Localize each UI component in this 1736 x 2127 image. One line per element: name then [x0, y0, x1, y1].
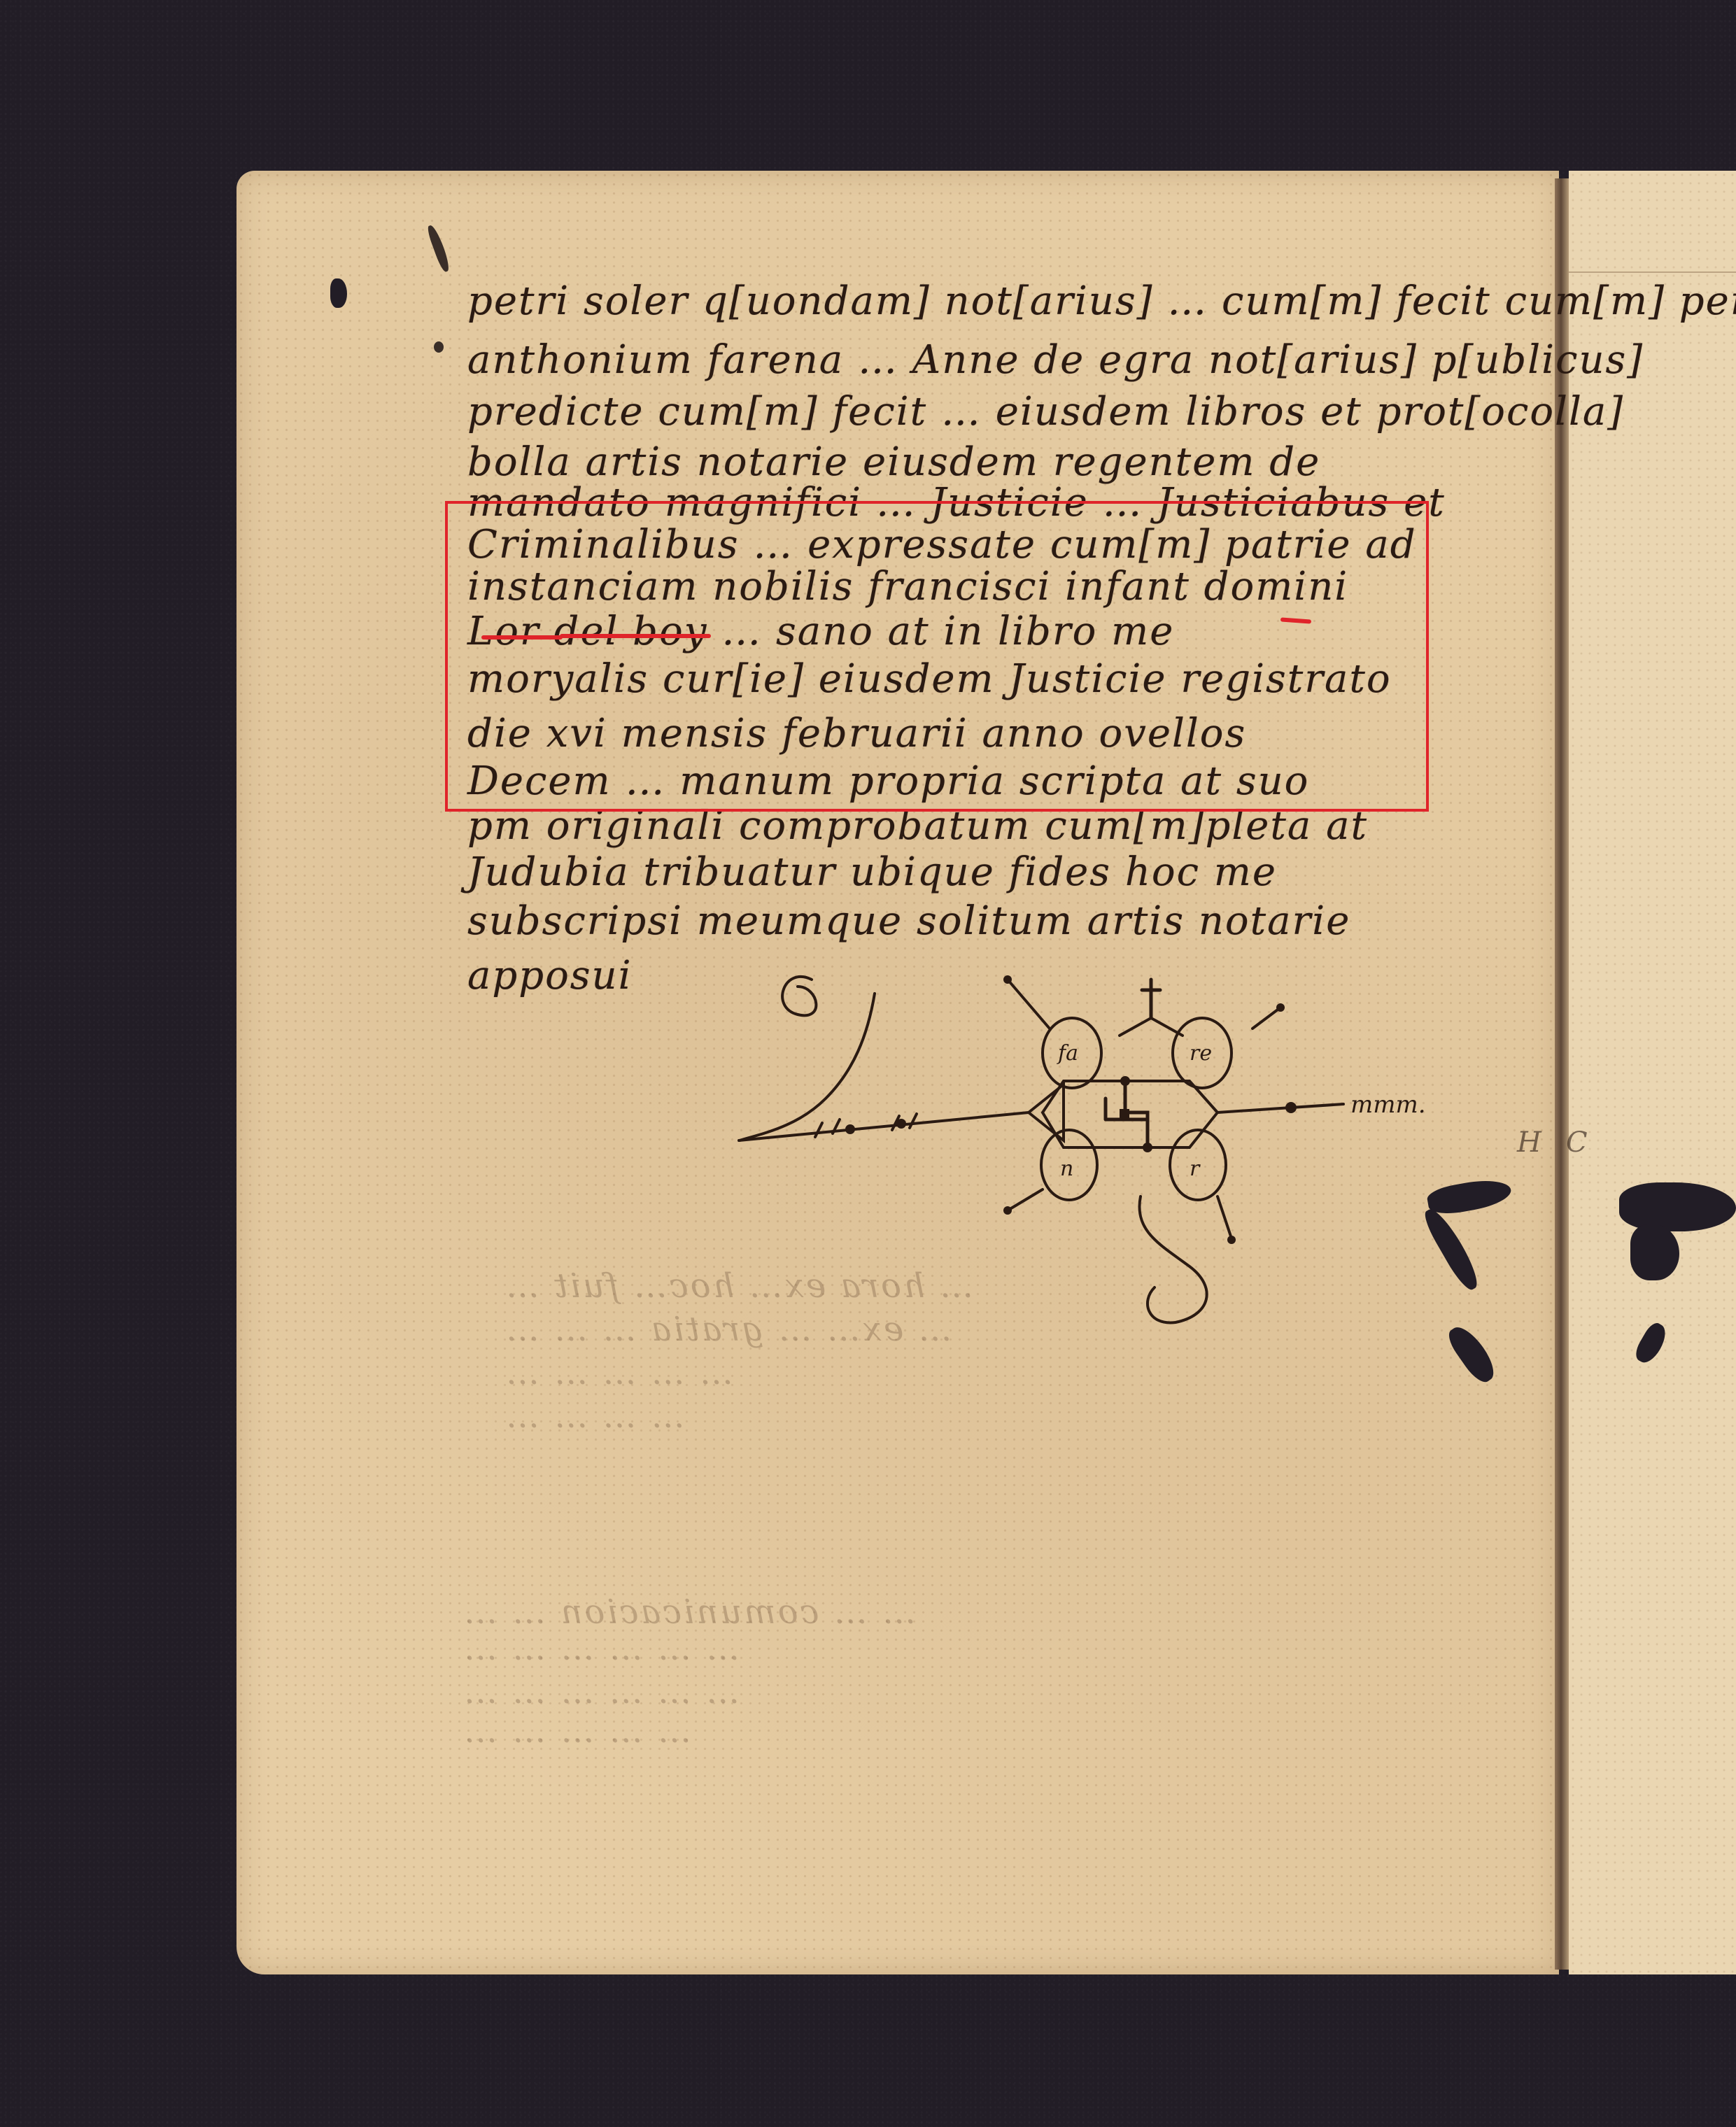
underline-lor-del-boy: [481, 635, 563, 639]
text-line: anthonium farena … Anne de egra not[ariu…: [467, 337, 1644, 383]
sign-tail-text: mmm.: [1350, 1091, 1426, 1119]
bleed-through-line: … … … … … …: [462, 1672, 740, 1711]
bleed-through-line: … ex… … gratia … … …: [504, 1310, 952, 1349]
sign-letter-re: re: [1190, 1041, 1212, 1066]
text-line: apposui: [467, 953, 633, 998]
facing-page-fold: [1569, 271, 1736, 273]
sign-letter-r: r: [1190, 1157, 1201, 1181]
text-line: Judubia tribuatur ubique fides hoc me: [467, 849, 1277, 895]
text-line: subscripsi meumque solitum artis notarie: [467, 898, 1350, 944]
highlight-box: [445, 501, 1429, 812]
bleed-through-line: … … comunicacion … …: [462, 1592, 916, 1632]
bleed-through-line: … … … … … …: [462, 1629, 740, 1668]
bleed-through-line: … … … … …: [462, 1711, 691, 1751]
book-gutter: [1555, 178, 1569, 1970]
worm-hole-large: [1630, 1224, 1679, 1280]
bleed-through-line: … hora ex… hoc… fuit …: [504, 1266, 973, 1306]
text-line: predicte cum[m] fecit … eiusdem libros e…: [467, 389, 1624, 434]
text-line: petri soler q[uondam] not[arius] … cum[m…: [467, 278, 1736, 324]
sign-letter-n: n: [1060, 1157, 1073, 1181]
bleed-through-line: … … … …: [504, 1397, 685, 1436]
worm-hole-large: [1619, 1182, 1736, 1231]
worm-hole: [434, 341, 444, 353]
gutter-mark: C: [1566, 1126, 1588, 1159]
underline-lor-del-boy: [560, 634, 711, 638]
text-line: bolla artis notarie eiusdem regentem de: [467, 439, 1320, 485]
sign-letter-fa: fa: [1057, 1041, 1078, 1066]
facing-page: [1569, 171, 1736, 1974]
bleed-through-line: … … … … …: [504, 1353, 733, 1392]
worm-hole: [330, 278, 347, 308]
gutter-mark: H: [1517, 1126, 1541, 1159]
